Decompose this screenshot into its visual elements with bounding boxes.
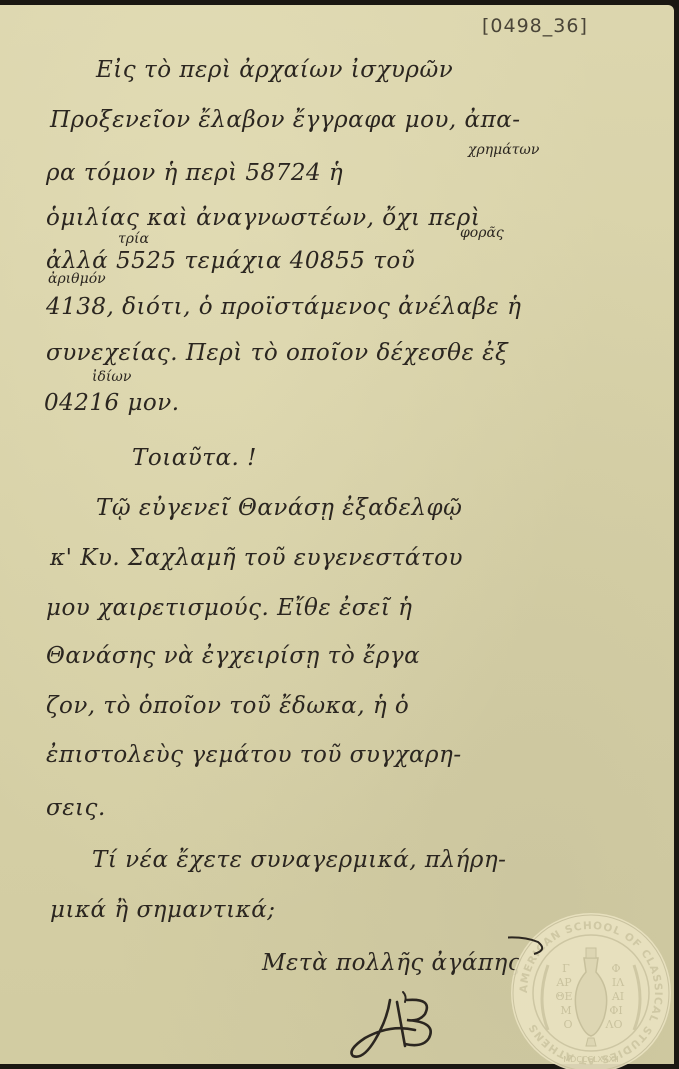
letter-line: σεις. bbox=[46, 795, 106, 821]
letter-line: ζον, τὸ ὁποῖον τοῦ ἔδωκα, ἡ ὁ bbox=[46, 693, 409, 719]
closing-line: Μετὰ πολλῆς ἀγάπης bbox=[262, 950, 521, 976]
interlinear-note: τρία bbox=[118, 231, 149, 247]
letter-line: Εἰς τὸ περὶ ἀρχαίων ἰσχυρῶν bbox=[96, 57, 453, 83]
seal-date: MDCCCLXXXII bbox=[563, 1055, 618, 1064]
svg-text:Φ: Φ bbox=[611, 962, 620, 975]
svg-text:ΦΙ: ΦΙ bbox=[609, 1004, 622, 1017]
institution-seal: AMERICAN SCHOOL OF CLASSICAL STUDIES AT … bbox=[508, 910, 674, 1069]
letter-line: μου χαιρετισμούς. Εἴθε ἐσεῖ ἡ bbox=[46, 595, 412, 621]
letter-line: κ' Κυ. Σαχλαμῆ τοῦ ευγενεστάτου bbox=[50, 545, 463, 571]
svg-text:ΑΙ: ΑΙ bbox=[611, 990, 624, 1003]
letter-line: συνεχείας. Περὶ τὸ οποῖον δέχεσθε ἐξ bbox=[46, 340, 508, 366]
signature-monogram bbox=[345, 990, 455, 1065]
svg-text:ΑΡ: ΑΡ bbox=[555, 976, 572, 989]
letter-line: 04216 μον. bbox=[44, 390, 180, 416]
svg-text:ΛΟ: ΛΟ bbox=[605, 1018, 623, 1031]
letter-line: Προξενεῖον ἔλαβον ἔγγραφα μου, ἀπα- bbox=[50, 107, 521, 133]
svg-text:ΘΕ: ΘΕ bbox=[555, 990, 572, 1003]
letter-line: Θανάσης νὰ ἐγχειρίσῃ τὸ ἔργα bbox=[46, 643, 420, 669]
svg-text:Ο: Ο bbox=[563, 1018, 572, 1031]
letter-page: [0498_36] χρημάτων τρία φορᾶς ἀριθμόν ἰδ… bbox=[0, 5, 674, 1064]
svg-text:Γ: Γ bbox=[562, 962, 570, 975]
letter-line: ρα τόμον ἡ περὶ 58724 ἡ bbox=[46, 160, 343, 186]
interlinear-note: ἰδίων bbox=[92, 369, 131, 385]
letter-line: ἀλλά 5525 τεμάχια 40855 τοῦ bbox=[46, 248, 415, 274]
letter-line: Τί νέα ἔχετε συναγερμικά, πλήρη- bbox=[92, 847, 506, 873]
letter-line: μικά ἢ σημαντικά; bbox=[50, 897, 276, 923]
letter-line: 4138, διότι, ὁ προϊστάμενος ἀνέλαβε ἡ bbox=[46, 294, 521, 320]
letter-line: Τῷ εὐγενεῖ Θανάσῃ ἐξαδελφῷ bbox=[96, 495, 462, 521]
letter-line: ὁμιλίας καὶ ἀναγνωστέων, ὄχι περὶ bbox=[46, 205, 480, 231]
letter-line: ἐπιστολεὺς γεμάτου τοῦ συγχαρη- bbox=[46, 742, 462, 768]
archive-reference: [0498_36] bbox=[482, 15, 588, 37]
svg-text:ΙΛ: ΙΛ bbox=[612, 976, 625, 989]
interlinear-note: χρημάτων bbox=[468, 142, 539, 158]
letter-line: Τοιαῦτα. ! bbox=[132, 445, 257, 471]
svg-text:Μ: Μ bbox=[560, 1004, 571, 1017]
